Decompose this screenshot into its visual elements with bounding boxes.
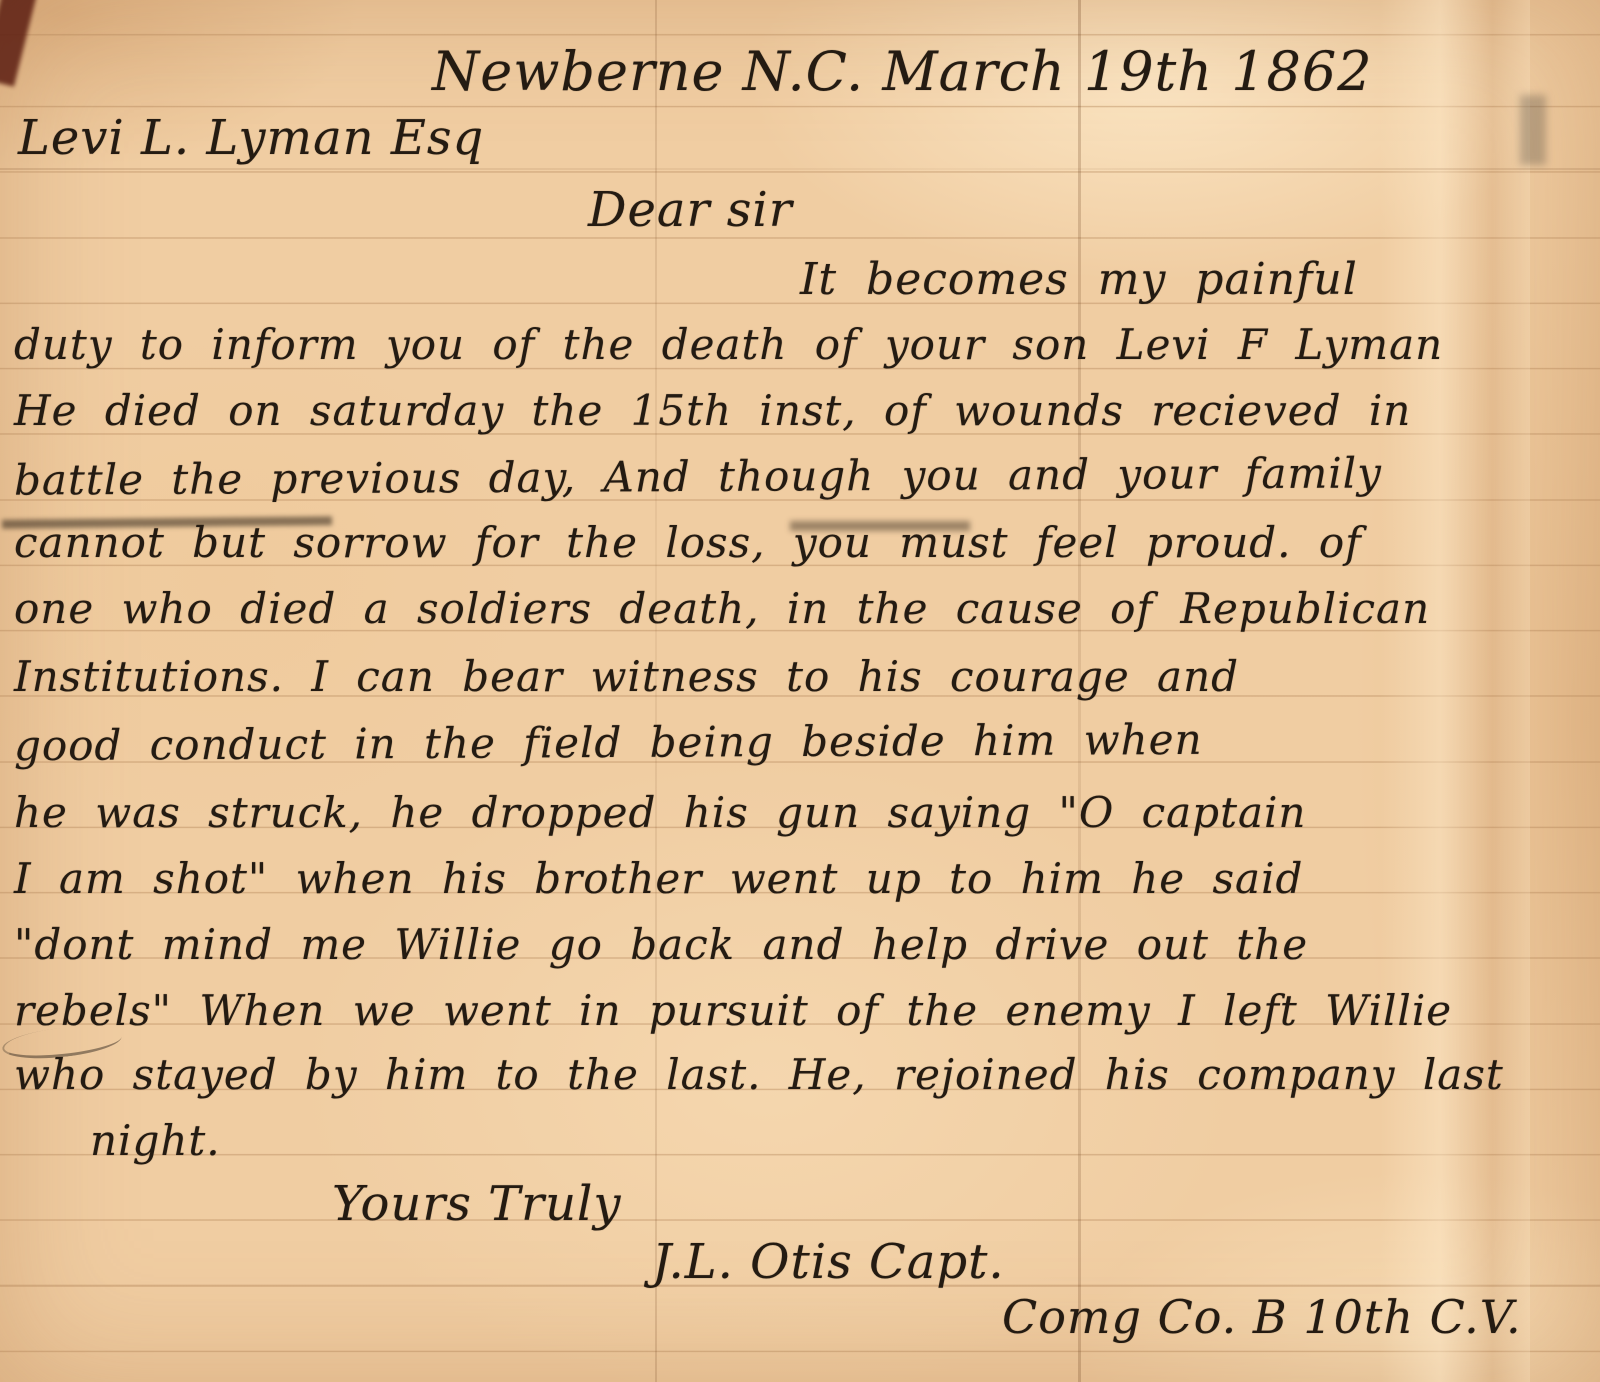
salutation: Dear sir xyxy=(588,182,793,238)
dateline: Newberne N.C. March 19th 1862 xyxy=(432,40,1373,103)
body-line: good conduct in the field being beside h… xyxy=(14,715,1203,770)
letter-page: Newberne N.C. March 19th 1862 Levi L. Ly… xyxy=(0,0,1600,1382)
body-line: "dont mind me Willie go back and help dr… xyxy=(14,920,1308,969)
opening-line: It becomes my painful xyxy=(800,254,1358,305)
body-line: I am shot" when his brother went up to h… xyxy=(14,854,1303,903)
body-line: He died on saturday the 15th inst, of wo… xyxy=(14,386,1411,435)
body-line: cannot but sorrow for the loss, you must… xyxy=(14,518,1362,567)
signature-unit: Comg Co. B 10th C.V. xyxy=(1002,1290,1522,1344)
body-line: battle the previous day, And though you … xyxy=(14,448,1382,504)
fold-crease-horizontal xyxy=(0,168,1600,170)
body-line: night. xyxy=(90,1116,221,1165)
body-line: who stayed by him to the last. He, rejoi… xyxy=(14,1050,1504,1099)
body-line: Institutions. I can bear witness to his … xyxy=(14,652,1239,701)
signature: J.L. Otis Capt. xyxy=(652,1234,1005,1290)
closing: Yours Truly xyxy=(332,1176,622,1232)
corner-ink-mark xyxy=(0,0,37,87)
body-line: duty to inform you of the death of your … xyxy=(14,320,1443,369)
body-line: he was struck, he dropped his gun saying… xyxy=(14,788,1306,837)
body-line: rebels" When we went in pursuit of the e… xyxy=(14,986,1452,1035)
fold-crease-band xyxy=(1380,0,1530,1382)
ink-smudge xyxy=(1520,95,1546,165)
addressee-line: Levi L. Lyman Esq xyxy=(18,110,484,166)
body-line: one who died a soldiers death, in the ca… xyxy=(14,584,1430,633)
